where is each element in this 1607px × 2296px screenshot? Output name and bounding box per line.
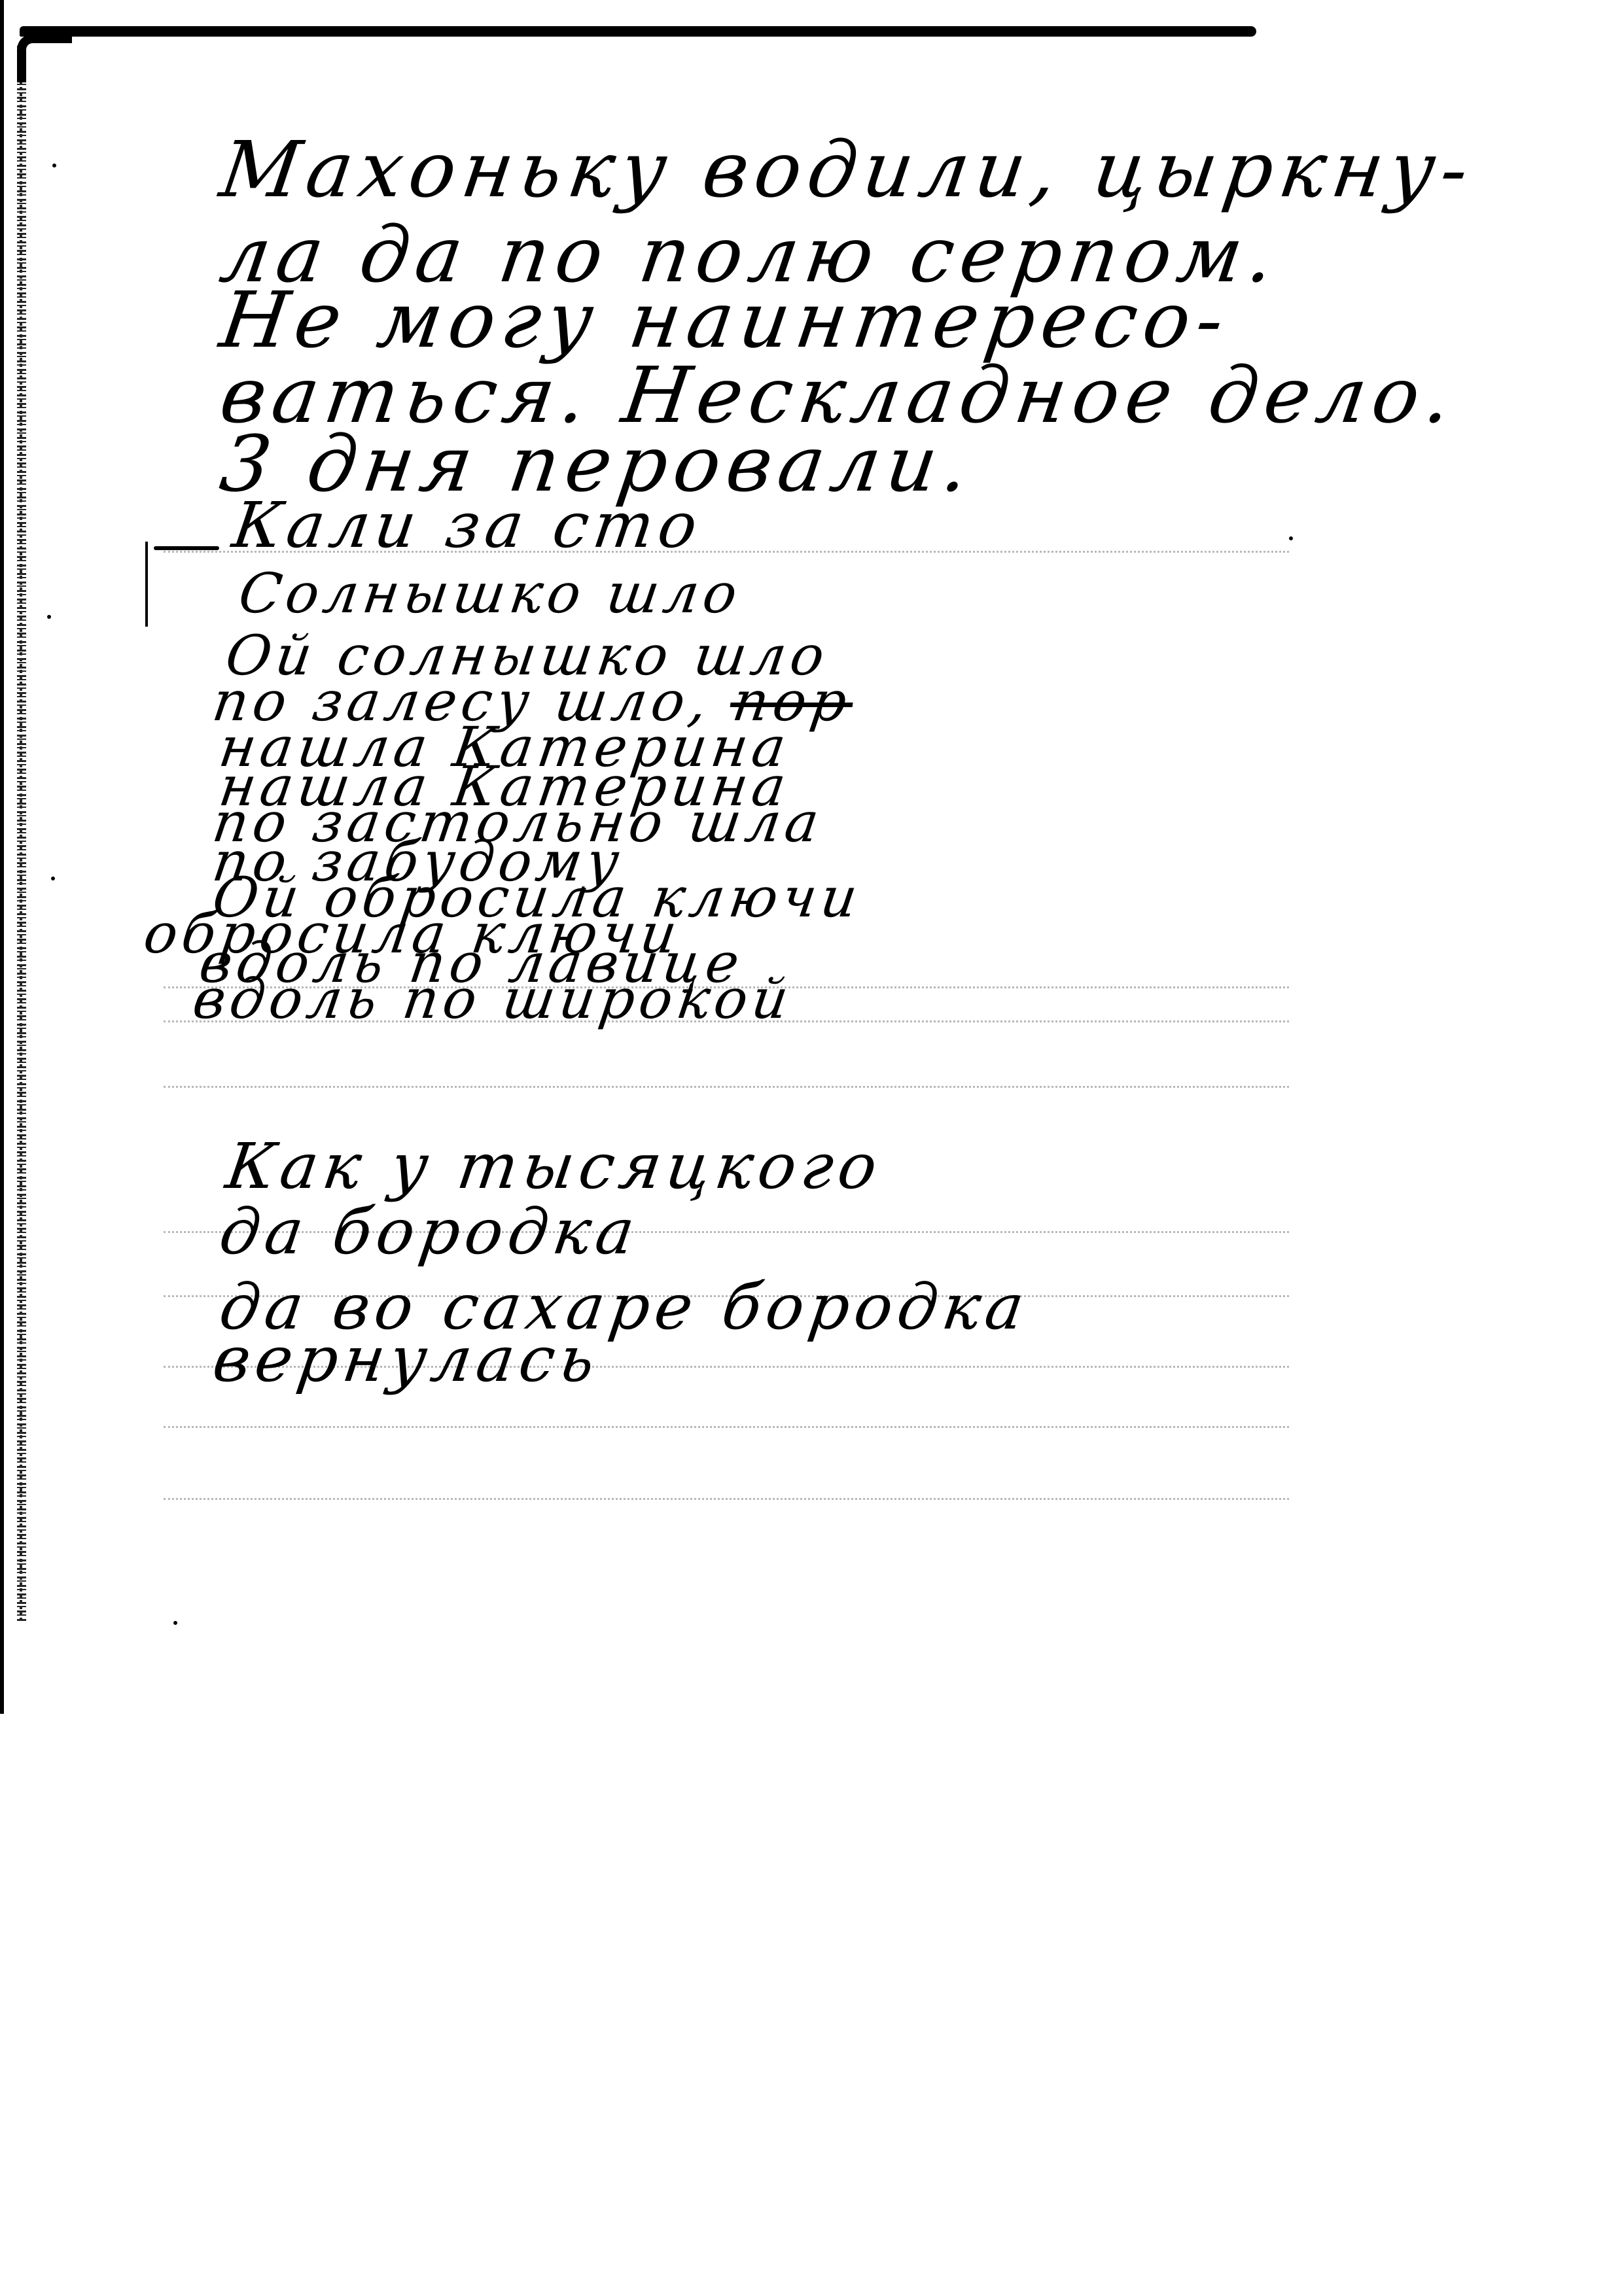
ruling-line [164, 1498, 1289, 1500]
handwritten-line: Как у тысяцкого [222, 1135, 886, 1198]
scan-speck [51, 877, 55, 880]
handwritten-line: вернулась [209, 1328, 604, 1391]
scan-speck [1289, 536, 1293, 540]
page-top-border [20, 26, 1256, 37]
binding-strip [17, 46, 26, 1622]
scan-speck [52, 164, 56, 167]
notebook-page: Махоньку водили, цыркну- ла да по полю с… [0, 0, 1607, 2296]
ruling-line [164, 1426, 1289, 1428]
scan-edge-line [0, 0, 4, 1714]
verse-bracket [145, 542, 148, 627]
scan-speck [47, 615, 51, 619]
page-top-corner [17, 34, 72, 82]
ruling-line [164, 1086, 1289, 1088]
handwritten-line: да бородка [216, 1200, 643, 1263]
scan-speck [173, 1621, 177, 1625]
song-heading: Кали за сто [229, 494, 706, 557]
handwritten-line: Махоньку водили, цыркну- [216, 131, 1479, 208]
handwritten-line: вдоль по широкой [190, 971, 796, 1026]
handwritten-line: Не могу наинтересо- [216, 281, 1235, 358]
handwritten-line: Солнышко шло [236, 566, 745, 621]
heading-underline [154, 546, 219, 550]
